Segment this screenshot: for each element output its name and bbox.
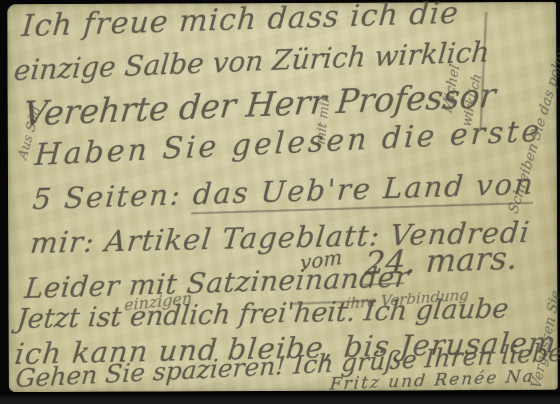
postcard-paper: Ich freue mich dass ich die einzige Salb… (7, 2, 558, 392)
scan-background: { "document_kind": "handwritten pencil p… (0, 0, 560, 404)
handwriting-line-5-prefix: 5 Seiten: (31, 177, 194, 216)
scan-frame-bottom (0, 392, 560, 404)
handwriting-line-1: Ich freue mich dass ich die (21, 0, 461, 44)
handwriting-line-5-underlined: das Ueb're Land von (192, 167, 536, 215)
handwriting-month: . mars. (404, 239, 518, 282)
handwriting-line-5: 5 Seiten: das Ueb're Land von (31, 167, 536, 216)
